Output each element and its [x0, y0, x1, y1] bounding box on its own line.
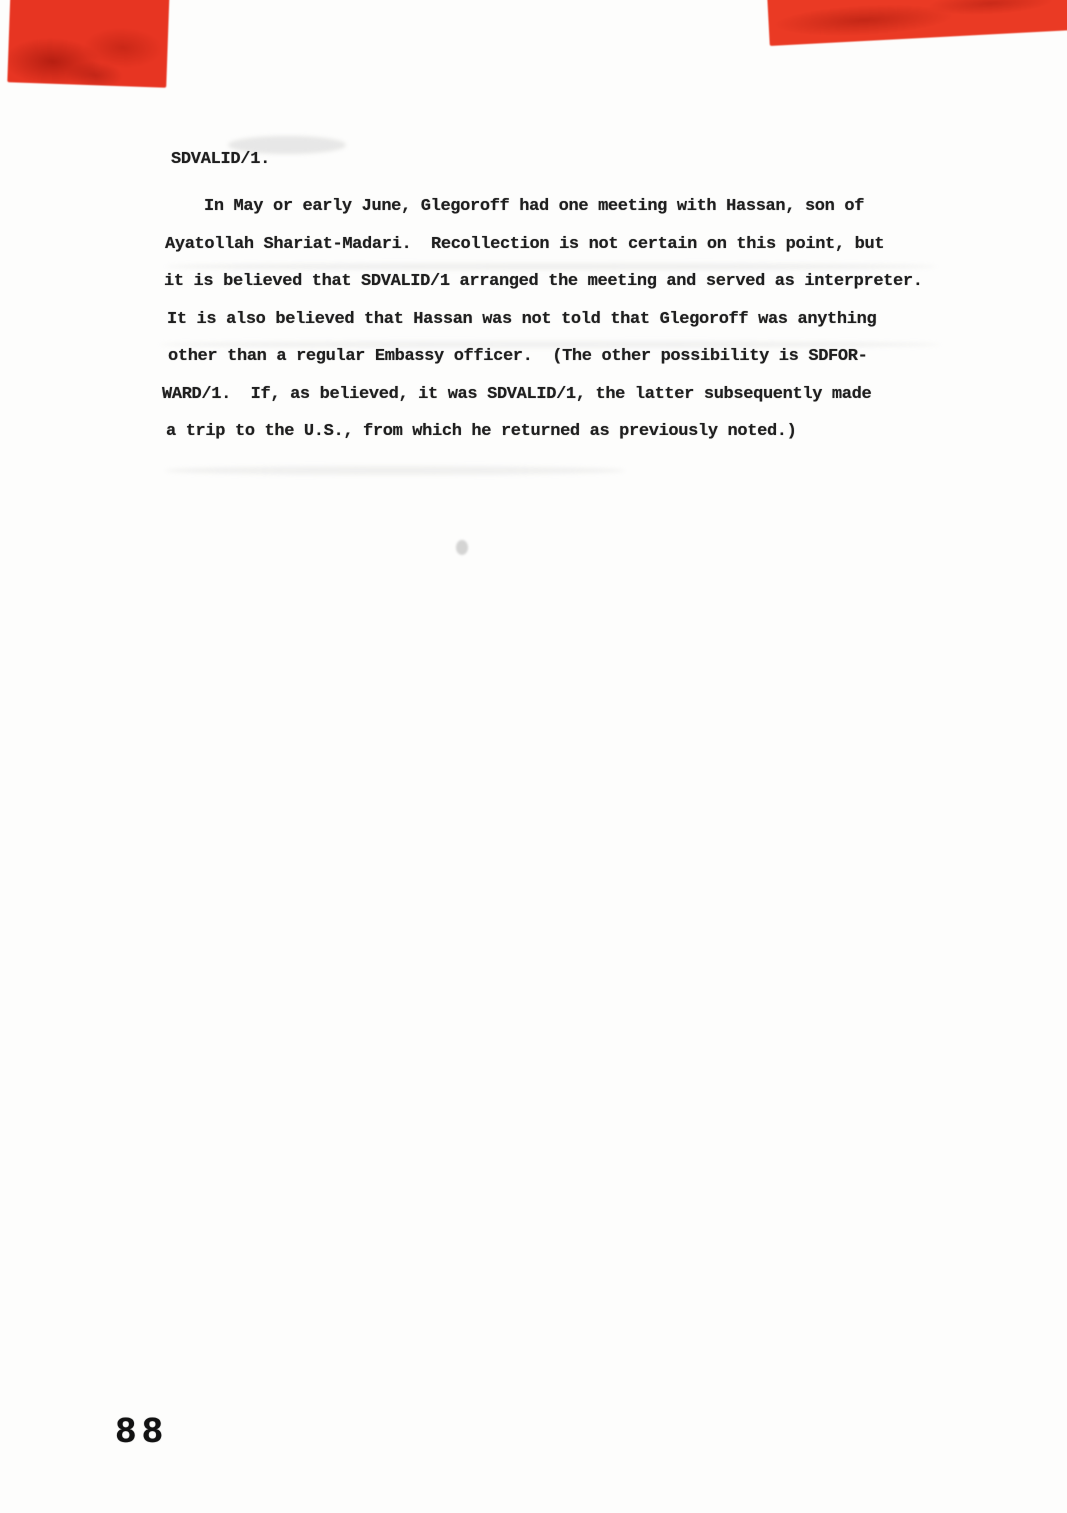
page-number: 88: [115, 1412, 168, 1453]
red-scan-mark-right: [766, 0, 1067, 46]
scan-smudge: [456, 540, 468, 555]
paragraph-line: a trip to the U.S., from which he return…: [166, 413, 986, 451]
paragraph-line: It is also believed that Hassan was not …: [167, 301, 987, 339]
paragraph-line: Ayatollah Shariat-Madari. Recollection i…: [165, 226, 985, 264]
red-scan-mark-left: [7, 0, 169, 88]
scan-smudge: [165, 466, 625, 475]
paragraph-line: other than a regular Embassy officer. (T…: [168, 338, 988, 376]
document-header: SDVALID/1.: [171, 150, 270, 169]
document-paragraph: In May or early June, Glegoroff had one …: [164, 188, 984, 451]
paragraph-line: it is believed that SDVALID/1 arranged t…: [164, 263, 984, 301]
paragraph-line: In May or early June, Glegoroff had one …: [164, 188, 984, 226]
scanned-document-page: SDVALID/1. In May or early June, Glegoro…: [0, 0, 1067, 1513]
paragraph-line: WARD/1. If, as believed, it was SDVALID/…: [162, 376, 982, 414]
